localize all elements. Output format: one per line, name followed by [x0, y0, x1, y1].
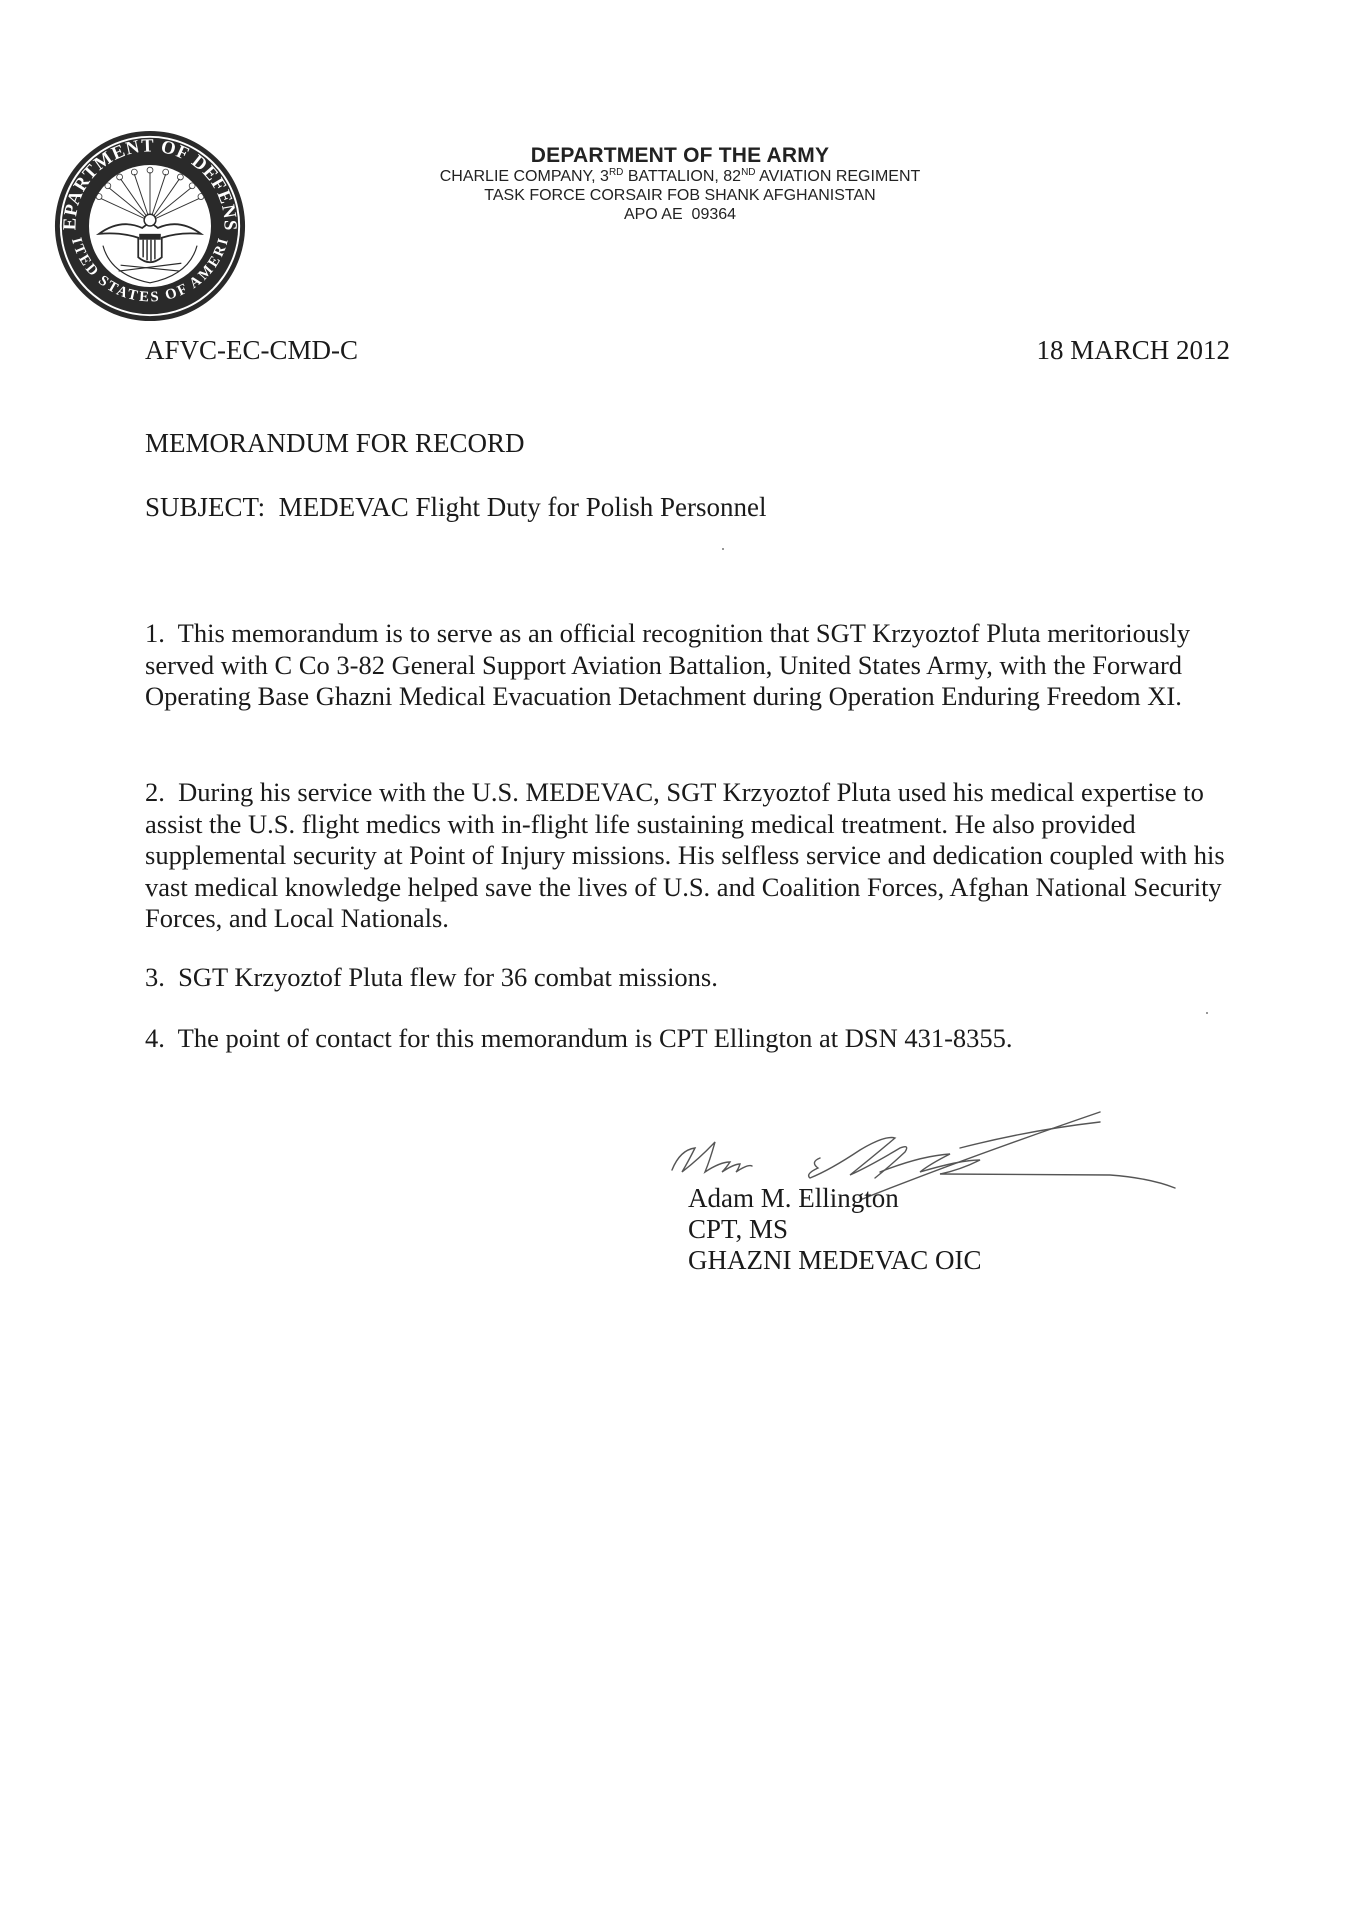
- memorandum-for: MEMORANDUM FOR RECORD: [145, 428, 525, 459]
- letterhead: DEPARTMENT OF THE ARMY CHARLIE COMPANY, …: [300, 145, 1060, 224]
- signer-name: Adam M. Ellington: [688, 1183, 982, 1214]
- unit-sup-2: ND: [741, 167, 755, 178]
- paragraph-4: 4. The point of contact for this memoran…: [145, 1023, 1235, 1055]
- letterhead-apo-line: APO AE 09364: [300, 205, 1060, 224]
- department-of-defense-seal-icon: DEPARTMENT OF DEFENSE UNITED STATES OF A…: [52, 128, 248, 324]
- letterhead-unit-line: CHARLIE COMPANY, 3RD BATTALION, 82ND AVI…: [300, 167, 1060, 186]
- unit-sup-1: RD: [609, 167, 623, 178]
- unit-text-1: CHARLIE COMPANY, 3: [440, 168, 609, 185]
- signer-title: GHAZNI MEDEVAC OIC: [688, 1245, 982, 1276]
- letterhead-title: DEPARTMENT OF THE ARMY: [300, 145, 1060, 167]
- memo-subject: SUBJECT: MEDEVAC Flight Duty for Polish …: [145, 492, 766, 523]
- office-symbol: AFVC-EC-CMD-C: [145, 335, 358, 366]
- signature-block: Adam M. Ellington CPT, MS GHAZNI MEDEVAC…: [688, 1183, 982, 1276]
- paragraph-2: 2. During his service with the U.S. MEDE…: [145, 777, 1235, 935]
- unit-text-2: BATTALION, 82: [623, 168, 741, 185]
- scan-speck: [1206, 1012, 1208, 1014]
- letterhead-task-force-line: TASK FORCE CORSAIR FOB SHANK AFGHANISTAN: [300, 186, 1060, 205]
- signer-rank: CPT, MS: [688, 1214, 982, 1245]
- scan-speck: [722, 548, 724, 550]
- paragraph-1: 1. This memorandum is to serve as an off…: [145, 618, 1235, 713]
- unit-text-3: AVIATION REGIMENT: [756, 168, 921, 185]
- memo-date: 18 MARCH 2012: [1036, 335, 1230, 366]
- paragraph-3: 3. SGT Krzyoztof Pluta flew for 36 comba…: [145, 962, 1235, 994]
